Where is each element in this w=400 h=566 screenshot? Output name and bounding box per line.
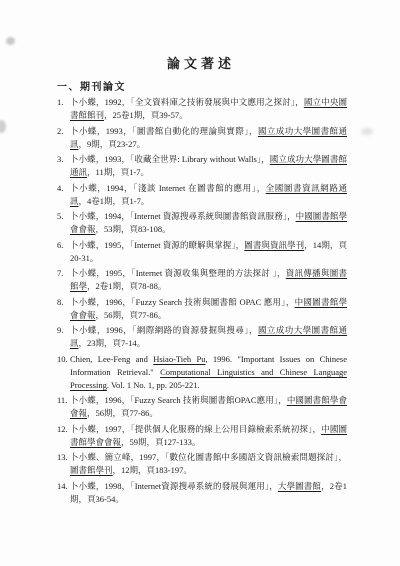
reference-segment: 卜小蝶，1996，「Fuzzy Search 技術與圖書館OPAC應用」， bbox=[70, 395, 287, 405]
reference-segment: 卜小蝶，1993，「收藏全世界: Library without Walls」， bbox=[70, 154, 270, 164]
reference-list: 1.卜小蝶，1992，「全文資料庫之技術發展與中文應用之探討」，國立中央圖書館館… bbox=[57, 96, 347, 508]
reference-segment: ，56期，頁77-86。 bbox=[87, 408, 158, 418]
reference-number: 7. bbox=[57, 267, 63, 280]
reference-number: 9. bbox=[57, 324, 63, 337]
scan-artifact bbox=[6, 37, 15, 45]
reference-text: 卜小蝶，1995，「Internet 資源收集與整理的方法探討 」，資訊傳播與圖… bbox=[70, 268, 347, 291]
document-title: 論文著述 bbox=[57, 53, 345, 72]
reference-item: 11.卜小蝶，1996，「Fuzzy Search 技術與圖書館OPAC應用」，… bbox=[57, 394, 347, 420]
scan-artifact bbox=[0, 120, 6, 133]
reference-text: 卜小蝶，1993，「圖書館自動化的理論與實際」，國立成功大學圖書館通訊，9期，頁… bbox=[70, 126, 347, 149]
reference-number: 2. bbox=[57, 125, 63, 138]
reference-segment: . Vol. 1 No. 1, pp. 205-221. bbox=[107, 380, 200, 390]
reference-segment: Chien, Lee-Feng and bbox=[70, 354, 153, 364]
reference-segment: 卜小蝶，1993，「圖書館自動化的理論與實際」， bbox=[70, 126, 258, 136]
reference-number: 5. bbox=[57, 210, 63, 223]
reference-segment: ，23期，頁7-14。 bbox=[79, 338, 146, 348]
reference-number: 6. bbox=[57, 239, 63, 252]
journal-title: 圖書與資訊學刊 bbox=[244, 240, 304, 250]
reference-segment: ，53期，頁83-108。 bbox=[96, 224, 171, 234]
journal-title: 圖書館學刊 bbox=[70, 465, 113, 475]
reference-segment: ，56期，頁77-86。 bbox=[96, 310, 167, 320]
reference-number: 12. bbox=[57, 423, 68, 436]
journal-title: 大學圖書館 bbox=[278, 481, 321, 491]
reference-text: 卜小蝶，1996，「Fuzzy Search 技術與圖書館 OPAC 應用」，中… bbox=[70, 297, 347, 320]
reference-segment: 卜小蝶、簡立峰，1997，「數位化圖書館中多國語文資訊檢索問題探討」， bbox=[70, 452, 347, 462]
reference-number: 8. bbox=[57, 296, 63, 309]
reference-item: 8.卜小蝶，1996，「Fuzzy Search 技術與圖書館 OPAC 應用」… bbox=[57, 296, 347, 322]
reference-text: 卜小蝶，1992，「全文資料庫之技術發展與中文應用之探討」，國立中央圖書館館刊，… bbox=[70, 97, 347, 120]
reference-text: 卜小蝶，1996，「網際網路的資源發掘與搜尋」，國立成功大學圖書館通訊，23期，… bbox=[70, 325, 347, 348]
reference-number: 14. bbox=[57, 480, 68, 493]
reference-segment: ，4卷1期，頁1-7。 bbox=[79, 196, 150, 206]
reference-text: 卜小蝶，1996，「Fuzzy Search 技術與圖書館OPAC應用」，中國圖… bbox=[70, 395, 347, 418]
reference-segment: 卜小蝶，1995，「Internet 資源收集與整理的方法探討 」， bbox=[70, 268, 286, 278]
reference-text: 卜小蝶，1994，「淺談 Internet 在圖書館的應用」，全國圖書資訊網路通… bbox=[70, 183, 347, 206]
reference-item: 2.卜小蝶，1993，「圖書館自動化的理論與實際」，國立成功大學圖書館通訊，9期… bbox=[57, 125, 347, 151]
reference-item: 6.卜小蝶，1995，「Internet 資源的瞭解與掌握」，圖書與資訊學刊，1… bbox=[57, 239, 347, 265]
reference-number: 4. bbox=[57, 182, 63, 195]
reference-item: 5.卜小蝶，1994，「Internet 資源搜尋系統與圖書館資訊服務」，中國圖… bbox=[57, 210, 347, 236]
reference-segment: 卜小蝶，1995，「Internet 資源的瞭解與掌握」， bbox=[70, 240, 244, 250]
reference-segment: 卜小蝶，1994，「Internet 資源搜尋系統與圖書館資訊服務」， bbox=[70, 211, 296, 221]
reference-number: 13. bbox=[57, 451, 68, 464]
scan-artifact bbox=[361, 128, 373, 135]
reference-segment: ，9期，頁23-27。 bbox=[79, 139, 146, 149]
reference-number: 10. bbox=[57, 353, 68, 366]
reference-segment: ，12期，頁183-197。 bbox=[113, 465, 192, 475]
reference-text: 卜小蝶，1995，「Internet 資源的瞭解與掌握」，圖書與資訊學刊，14期… bbox=[70, 240, 347, 263]
reference-text: 卜小蝶、簡立峰，1997，「數位化圖書館中多國語文資訊檢索問題探討」，圖書館學刊… bbox=[70, 452, 347, 475]
reference-item: 14.卜小蝶，1998，「Internet資源搜尋系統的發展與運用」，大學圖書館… bbox=[57, 480, 347, 506]
reference-item: 10.Chien, Lee-Feng and Hsiao-Tieh Pu, 19… bbox=[57, 353, 347, 392]
reference-text: 卜小蝶，1993，「收藏全世界: Library without Walls」，… bbox=[70, 154, 347, 177]
reference-text: 卜小蝶，1994，「Internet 資源搜尋系統與圖書館資訊服務」，中國圖書館… bbox=[70, 211, 347, 234]
reference-segment: ，59期，頁127-133。 bbox=[121, 437, 200, 447]
reference-item: 7.卜小蝶，1995，「Internet 資源收集與整理的方法探討 」，資訊傳播… bbox=[57, 267, 347, 293]
section-heading: 一、期刊論文 bbox=[57, 78, 126, 93]
reference-number: 3. bbox=[57, 153, 63, 166]
reference-segment: ，25卷1期，頁39-57。 bbox=[104, 110, 188, 120]
reference-text: 卜小蝶，1997，「提供個人化服務的線上公用目錄檢索系統初探」，中國圖書館學會會… bbox=[70, 424, 347, 447]
document-page: 論文著述 一、期刊論文 1.卜小蝶，1992，「全文資料庫之技術發展與中文應用之… bbox=[0, 0, 400, 566]
reference-number: 11. bbox=[57, 394, 67, 407]
journal-title: Hsiao-Tieh Pu bbox=[153, 354, 205, 364]
reference-text: Chien, Lee-Feng and Hsiao-Tieh Pu, 1996.… bbox=[70, 354, 347, 390]
reference-segment: 卜小蝶，1994，「淺談 Internet 在圖書館的應用」， bbox=[70, 183, 266, 193]
reference-item: 12.卜小蝶，1997，「提供個人化服務的線上公用目錄檢索系統初探」，中國圖書館… bbox=[57, 423, 347, 449]
reference-item: 4.卜小蝶，1994，「淺談 Internet 在圖書館的應用」，全國圖書資訊網… bbox=[57, 182, 347, 208]
reference-number: 1. bbox=[57, 96, 63, 109]
reference-segment: 卜小蝶，1997，「提供個人化服務的線上公用目錄檢索系統初探」， bbox=[70, 424, 321, 434]
reference-segment: 卜小蝶，1996，「網際網路的資源發掘與搜尋」， bbox=[70, 325, 258, 335]
reference-segment: ，2卷1期，頁78-88。 bbox=[87, 281, 166, 291]
reference-item: 1.卜小蝶，1992，「全文資料庫之技術發展與中文應用之探討」，國立中央圖書館館… bbox=[57, 96, 347, 122]
reference-text: 卜小蝶，1998，「Internet資源搜尋系統的發展與運用」，大學圖書館，2卷… bbox=[70, 481, 347, 504]
reference-segment: 卜小蝶，1992，「全文資料庫之技術發展與中文應用之探討」， bbox=[70, 97, 304, 107]
reference-segment: 卜小蝶，1998，「Internet資源搜尋系統的發展與運用」， bbox=[70, 481, 278, 491]
reference-item: 9.卜小蝶，1996，「網際網路的資源發掘與搜尋」，國立成功大學圖書館通訊，23… bbox=[57, 324, 347, 350]
reference-item: 3.卜小蝶，1993，「收藏全世界: Library without Walls… bbox=[57, 153, 347, 179]
reference-item: 13.卜小蝶、簡立峰，1997，「數位化圖書館中多國語文資訊檢索問題探討」，圖書… bbox=[57, 451, 347, 477]
reference-segment: ，11期，頁1-7。 bbox=[87, 167, 149, 177]
reference-segment: 卜小蝶，1996，「Fuzzy Search 技術與圖書館 OPAC 應用」， bbox=[70, 297, 295, 307]
